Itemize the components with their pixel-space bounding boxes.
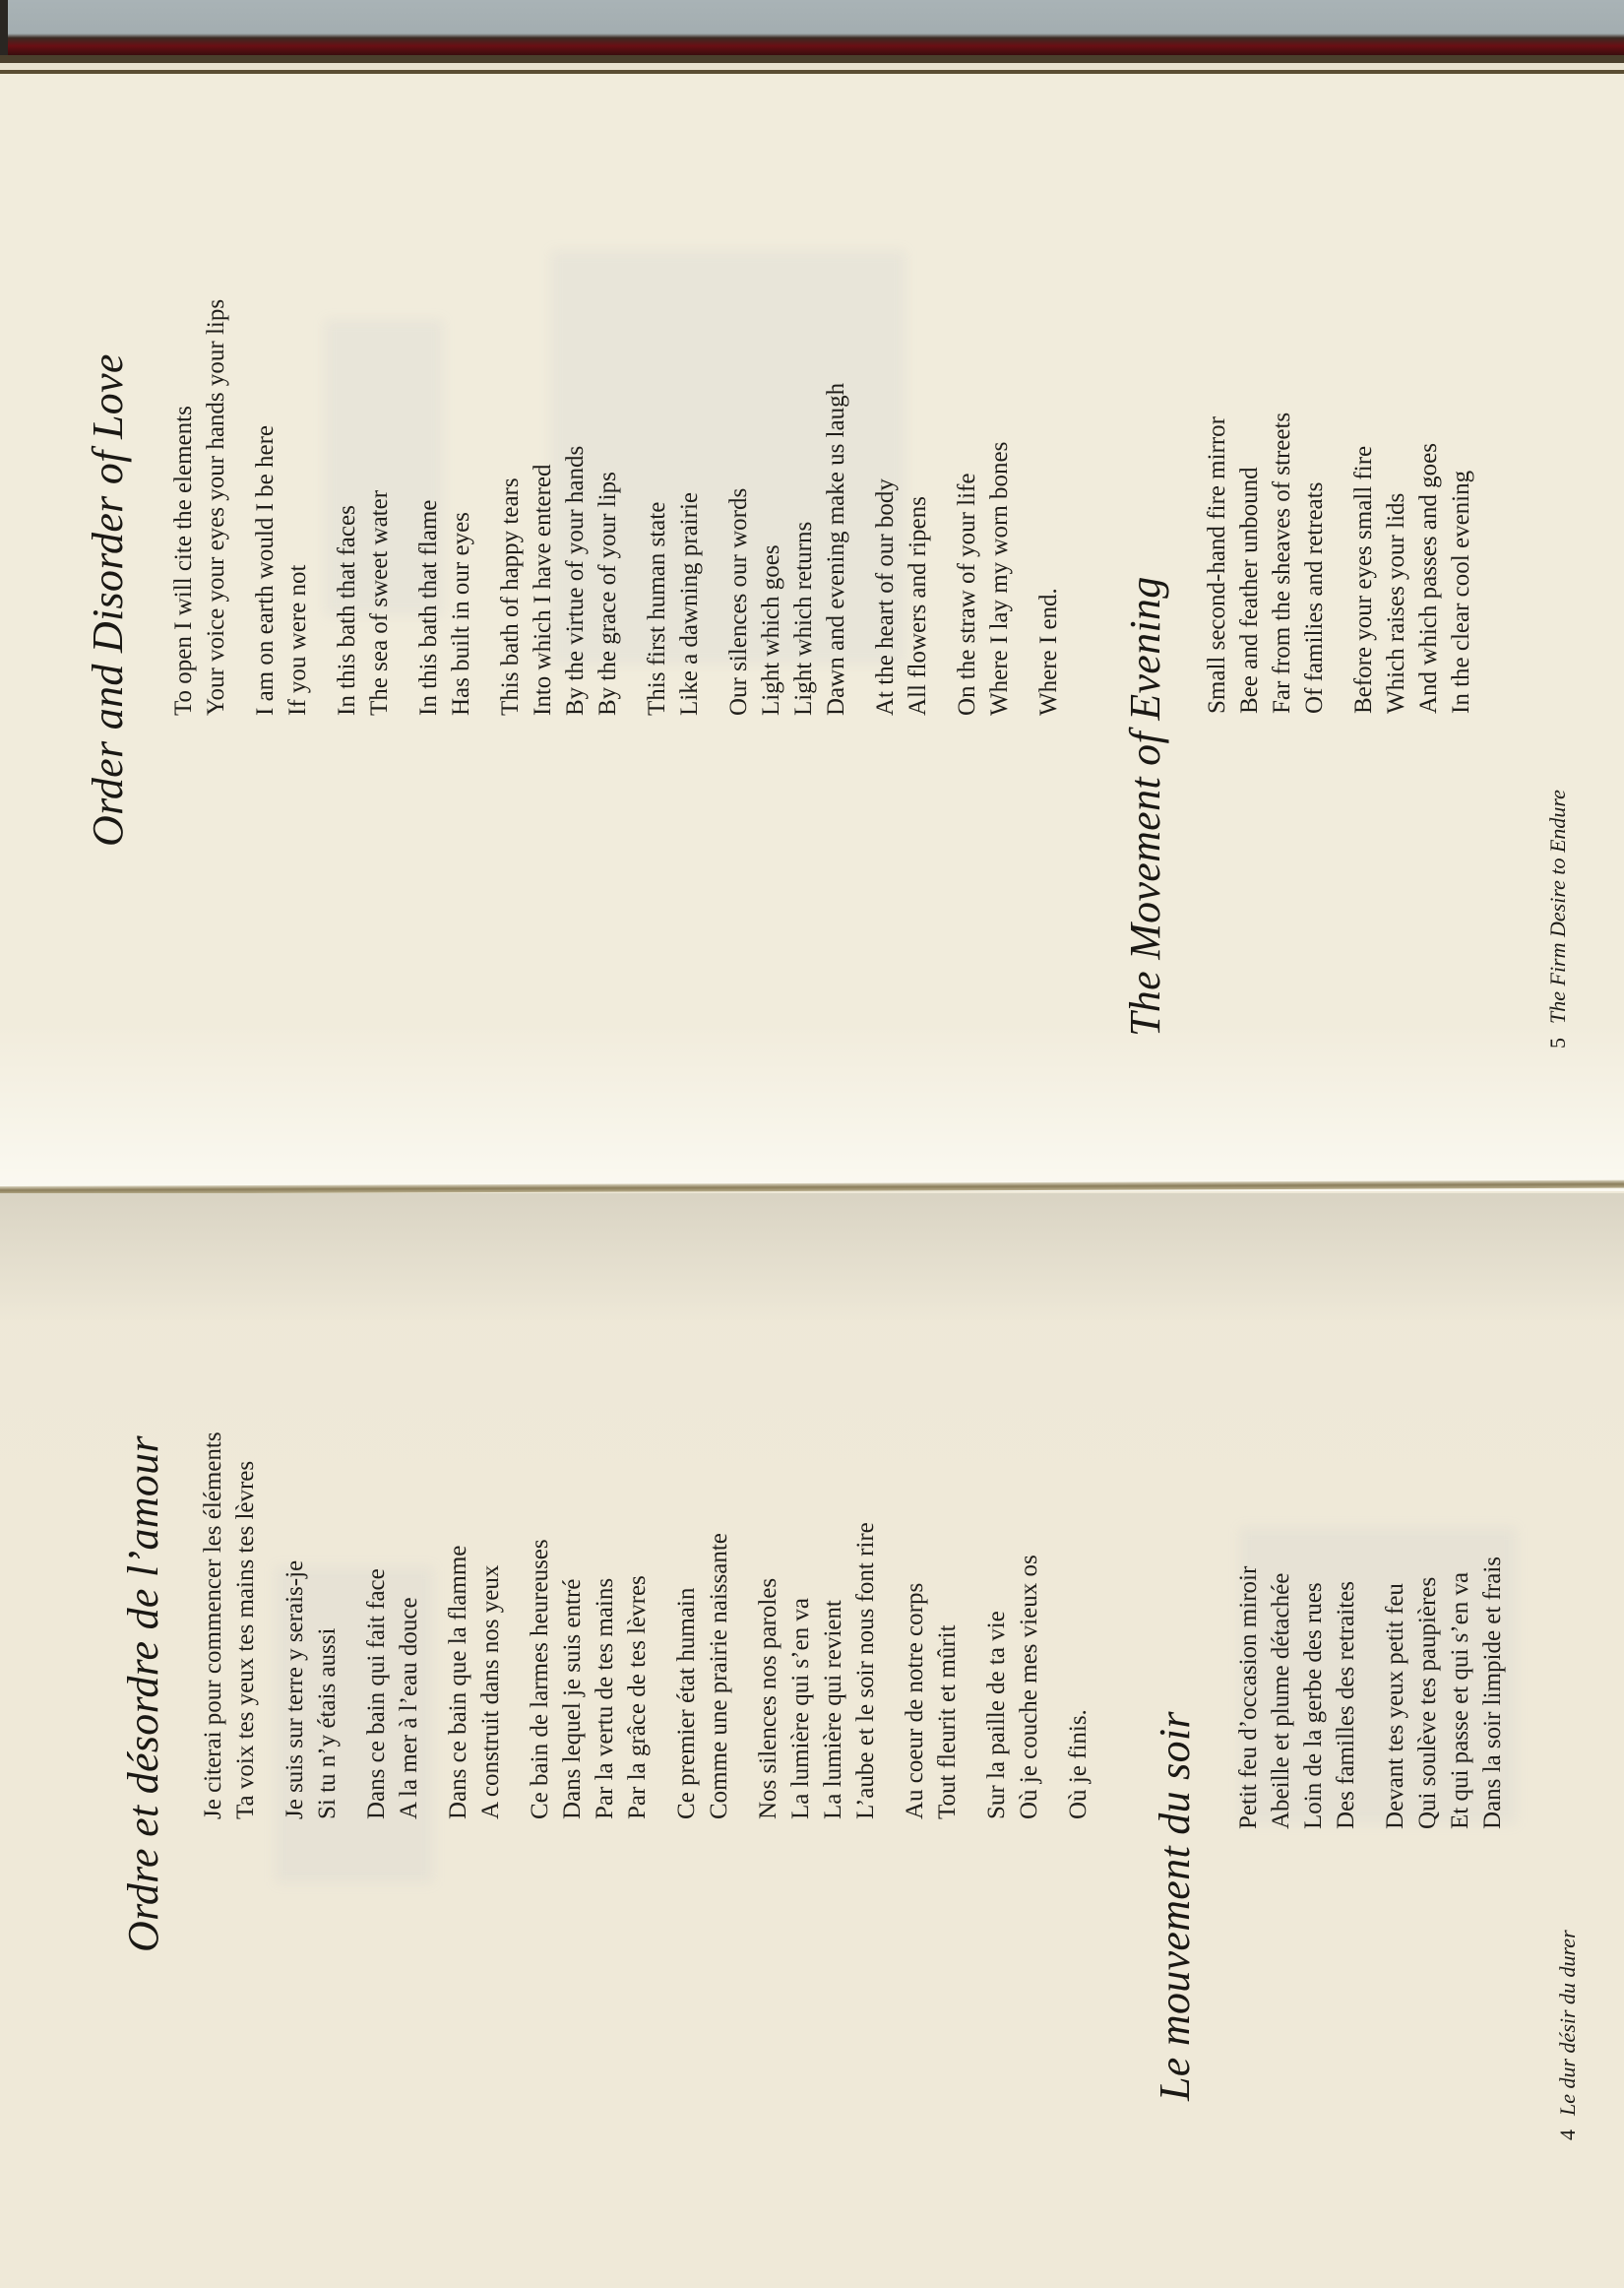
- poem-line: In the clear cool evening: [1445, 413, 1477, 714]
- poem-line: Ce bain de larmes heureuses: [524, 1431, 556, 1819]
- poem-line: By the virtue of your hands: [559, 299, 592, 716]
- poem-line: Far from the sheaves of streets: [1266, 413, 1298, 714]
- poem-line: By the grace of your lips: [592, 299, 624, 716]
- poem-line: Into which I have entered: [527, 299, 559, 716]
- poem-line: Of families and retreats: [1298, 413, 1331, 714]
- poem-line: Bee and feather unbound: [1233, 413, 1266, 714]
- page-edge-line: [0, 55, 1624, 63]
- poem-line: Where I end.: [1032, 299, 1065, 716]
- poem-line: Sur la paille de ta vie: [980, 1431, 1013, 1819]
- poem-line: Par la grâce de tes lèvres: [621, 1431, 654, 1819]
- poem-body-the-movement-of-evening: Small second-hand fire mirror Bee and fe…: [1201, 413, 1494, 714]
- stanza: Nos silences nos paroles La lumière qui …: [752, 1431, 882, 1819]
- page-4-french: Ordre et désordre de l’amour Je citerai …: [0, 1193, 1624, 2288]
- stanza: This first human state Like a dawning pr…: [641, 299, 706, 716]
- stanza: Our silences our words Light which goes …: [722, 299, 852, 716]
- page-5-english: Order and Disorder of Love To open I wil…: [0, 74, 1624, 1191]
- running-footer: 5The Firm Desire to Endure: [1545, 790, 1571, 1049]
- scanner-edge-shadow: [0, 0, 8, 61]
- stanza: This bath of happy tears Into which I ha…: [494, 299, 624, 716]
- stanza: Ce premier état humain Comme une prairie…: [670, 1431, 735, 1819]
- poem-line: At the heart of our body: [869, 299, 902, 716]
- poem-line: Our silences our words: [722, 299, 755, 716]
- poem-line: Abeille et plume détachée: [1265, 1557, 1297, 1829]
- poem-line: L’aube et le soir nous font rire: [849, 1431, 882, 1819]
- stanza: Au coeur de notre corps Tout fleurit et …: [899, 1431, 964, 1819]
- poem-line: Si tu n’y étais aussi: [311, 1431, 344, 1819]
- poem-line: In this bath that flame: [412, 299, 445, 716]
- poem-line: Dans la soir limpide et frais: [1476, 1557, 1509, 1829]
- poem-line: Your voice your eyes your hands your lip…: [200, 299, 232, 716]
- poem-line: Ce premier état humain: [670, 1431, 703, 1819]
- poem-line: On the straw of your life: [951, 299, 983, 716]
- poem-body-ordre-et-desordre-de-lamour: Je citerai pour commencer les éléments T…: [197, 1431, 1111, 1819]
- poem-title: The Movement of Evening: [1120, 576, 1170, 1037]
- poem-line: Where I lay my worn bones: [983, 299, 1016, 716]
- poem-line: Par la vertu de tes mains: [589, 1431, 621, 1819]
- poem-line: This bath of happy tears: [494, 299, 527, 716]
- poem-line: Je citerai pour commencer les éléments: [197, 1431, 229, 1819]
- poem-line: To open I will cite the elements: [167, 299, 200, 716]
- poem-line: A la mer à l’eau douce: [393, 1431, 425, 1819]
- poem-line: Dans lequel je suis entré: [556, 1431, 589, 1819]
- poem-line: Au coeur de notre corps: [899, 1431, 931, 1819]
- stanza: Où je finis.: [1062, 1431, 1094, 1819]
- poem-line: Petit feu d’occasion miroir: [1232, 1557, 1265, 1829]
- poem-line: Before your eyes small fire: [1347, 413, 1380, 714]
- poem-line: Nos silences nos paroles: [752, 1431, 784, 1819]
- poem-line: Which raises your lids: [1380, 413, 1412, 714]
- rotated-page-content: Ordre et désordre de l’amour Je citerai …: [0, 1193, 1624, 2288]
- page-number: 4: [1555, 2129, 1580, 2140]
- poem-line: La lumière qui s’en va: [784, 1431, 817, 1819]
- poem-line: Small second-hand fire mirror: [1201, 413, 1233, 714]
- poem-line: Has built in our eyes: [445, 299, 477, 716]
- poem-line: Ta voix tes yeux tes mains tes lèvres: [229, 1431, 262, 1819]
- poem-line: I am on earth would I be here: [249, 299, 281, 716]
- stanza: Ce bain de larmes heureuses Dans lequel …: [524, 1431, 654, 1819]
- poem-line: All flowers and ripens: [902, 299, 934, 716]
- page-edge-line: [0, 63, 1624, 70]
- stanza: Before your eyes small fire Which raises…: [1347, 413, 1477, 714]
- stanza: Small second-hand fire mirror Bee and fe…: [1201, 413, 1331, 714]
- poem-line: Où je couche mes vieux os: [1013, 1431, 1045, 1819]
- poem-line: The sea of sweet water: [363, 299, 396, 716]
- poem-line: Dans ce bain qui fait face: [360, 1431, 393, 1819]
- poem-line: Des familles des retraites: [1330, 1557, 1362, 1829]
- stanza: Je suis sur terre y serais-je Si tu n’y …: [279, 1431, 344, 1819]
- poem-title: Ordre et désordre de l’amour: [118, 1435, 168, 1952]
- stanza: Je citerai pour commencer les éléments T…: [197, 1431, 262, 1819]
- poem-line: Je suis sur terre y serais-je: [279, 1431, 311, 1819]
- poem-line: If you were not: [281, 299, 314, 716]
- poem-line: This first human state: [641, 299, 673, 716]
- stanza: I am on earth would I be here If you wer…: [249, 299, 314, 716]
- poem-line: Like a dawning prairie: [673, 299, 706, 716]
- book-binding-edge: [0, 0, 1624, 61]
- poem-line: Dans ce bain que la flamme: [442, 1431, 474, 1819]
- stanza: Petit feu d’occasion miroir Abeille et p…: [1232, 1557, 1362, 1829]
- poem-line: A construit dans nos yeux: [474, 1431, 507, 1819]
- poem-body-le-mouvement-du-soir: Petit feu d’occasion miroir Abeille et p…: [1232, 1557, 1526, 1829]
- running-title: The Firm Desire to Endure: [1545, 790, 1570, 1024]
- poem-line: La lumière qui revient: [817, 1431, 849, 1819]
- running-footer: 4Le dur désir du durer: [1555, 1930, 1581, 2140]
- poem-line: Light which returns: [787, 299, 820, 716]
- poem-line: Loin de la gerbe des rues: [1297, 1557, 1330, 1829]
- stanza: Dans ce bain qui fait face A la mer à l’…: [360, 1431, 425, 1819]
- poem-line: Où je finis.: [1062, 1431, 1094, 1819]
- poem-line: Comme une prairie naissante: [703, 1431, 735, 1819]
- stanza: To open I will cite the elements Your vo…: [167, 299, 232, 716]
- stanza: Where I end.: [1032, 299, 1065, 716]
- poem-line: Devant tes yeux petit feu: [1379, 1557, 1411, 1829]
- stanza: At the heart of our body All flowers and…: [869, 299, 934, 716]
- poem-line: Dawn and evening make us laugh: [820, 299, 852, 716]
- poem-line: Light which goes: [755, 299, 787, 716]
- poem-title: Le mouvement du soir: [1150, 1711, 1200, 2101]
- stanza: In this bath that flame Has built in our…: [412, 299, 477, 716]
- rotated-page-content: Order and Disorder of Love To open I wil…: [0, 74, 1624, 1186]
- poem-line: And which passes and goes: [1412, 413, 1445, 714]
- poem-title: Order and Disorder of Love: [83, 353, 133, 847]
- stanza: Devant tes yeux petit feu Qui soulève te…: [1379, 1557, 1509, 1829]
- poem-line: Et qui passe et qui s’en va: [1444, 1557, 1476, 1829]
- running-title: Le dur désir du durer: [1555, 1930, 1580, 2116]
- page-number: 5: [1545, 1038, 1570, 1049]
- stanza: Dans ce bain que la flamme A construit d…: [442, 1431, 507, 1819]
- poem-body-order-and-disorder-of-love: To open I will cite the elements Your vo…: [167, 299, 1082, 716]
- poem-line: In this bath that faces: [331, 299, 363, 716]
- poem-line: Qui soulève tes paupières: [1411, 1557, 1444, 1829]
- stanza: In this bath that faces The sea of sweet…: [331, 299, 396, 716]
- stanza: Sur la paille de ta vie Où je couche mes…: [980, 1431, 1045, 1819]
- poem-line: Tout fleurit et mûrit: [931, 1431, 964, 1819]
- stanza: On the straw of your life Where I lay my…: [951, 299, 1016, 716]
